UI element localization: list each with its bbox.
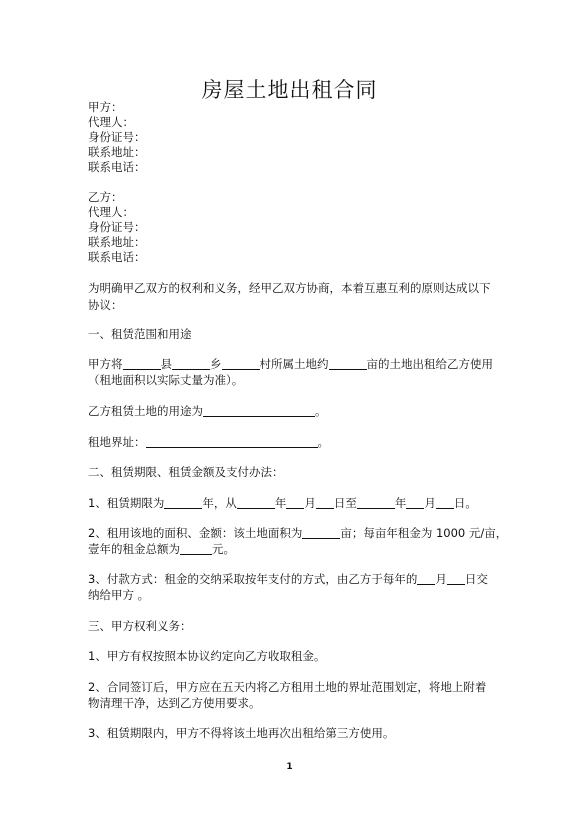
party-b-agent: 代理人： — [88, 205, 134, 220]
text: 3、付款方式：租金的交纳采取按年支付的方式，由乙方于每年的 — [88, 572, 417, 586]
preamble-line-1: 为明确甲乙双方的权利和义务，经甲乙双方协商，本着互惠互利的原则达成以下 — [88, 281, 491, 296]
section-1-para-1-line-2: （租地面积以实际丈量为准）。 — [88, 373, 243, 388]
land-area-blank[interactable] — [302, 526, 340, 539]
text: 。 — [318, 435, 330, 449]
end-day-blank[interactable] — [436, 496, 454, 509]
document-title: 房屋土地出租合同 — [0, 74, 579, 104]
boundary-blank[interactable] — [146, 435, 318, 448]
text: 壹年的租金总额为 — [88, 542, 180, 556]
section-1-para-1: 甲方将县乡村所属土地约亩的土地出租给乙方使用 — [88, 357, 493, 372]
section-2-heading: 二、租赁期限、租赁金额及支付办法： — [88, 465, 284, 480]
section-3-heading: 三、甲方权利义务： — [88, 619, 192, 634]
section-3-item-1: 1、甲方有权按照本协议约定向乙方收取租金。 — [88, 649, 325, 664]
party-a-address: 联系地址： — [88, 145, 146, 160]
section-1-para-3: 租地界址：。 — [88, 435, 329, 450]
text: 2、租用该地的面积、金额：该土地面积为 — [88, 526, 302, 540]
text: 1、租赁期限为 — [88, 496, 164, 510]
text: 年 — [275, 496, 287, 510]
text: 县 — [161, 357, 173, 371]
section-2-item-2: 2、租用该地的面积、金额：该土地面积为亩；每亩年租金为 1000 元/亩， — [88, 526, 507, 541]
text: 亩的土地出租给乙方使用 — [367, 357, 494, 371]
document-page: 房屋土地出租合同 甲方： 代理人： 身份证号： 联系地址： 联系电话： 乙方： … — [0, 0, 579, 819]
text: 甲方将 — [88, 357, 123, 371]
party-a-id: 身份证号： — [88, 130, 146, 145]
party-a-label: 甲方： — [88, 100, 123, 115]
section-3-item-2: 2、合同签订后，甲方应在五天内将乙方租用土地的界址范围划定，将地上附着 — [88, 680, 486, 695]
section-3-item-2-line-2: 物清理干净，达到乙方使用要求。 — [88, 696, 261, 711]
section-2-item-3-line-2: 纳给甲方 。 — [88, 588, 149, 603]
end-year-blank[interactable] — [357, 496, 395, 509]
total-rent-blank[interactable] — [180, 542, 212, 555]
party-a-phone: 联系电话： — [88, 160, 146, 175]
text: 月 — [435, 572, 447, 586]
start-month-blank[interactable] — [286, 496, 304, 509]
village-blank[interactable] — [222, 357, 260, 370]
text: 乡 — [210, 357, 222, 371]
text: 。 — [315, 404, 327, 418]
text: 日至 — [334, 496, 357, 510]
text: 日。 — [454, 496, 477, 510]
start-year-blank[interactable] — [237, 496, 275, 509]
party-b-address: 联系地址： — [88, 235, 146, 250]
section-3-item-3: 3、租赁期限内，甲方不得将该土地再次出租给第三方使用。 — [88, 726, 394, 741]
end-month-blank[interactable] — [406, 496, 424, 509]
area-blank[interactable] — [329, 357, 367, 370]
text: 租地界址： — [88, 435, 146, 449]
party-a-agent: 代理人： — [88, 115, 134, 130]
county-blank[interactable] — [123, 357, 161, 370]
party-b-label: 乙方： — [88, 190, 123, 205]
section-2-item-3: 3、付款方式：租金的交纳采取按年支付的方式，由乙方于每年的月日交 — [88, 572, 488, 587]
section-1-para-2: 乙方租赁土地的用途为。 — [88, 404, 327, 419]
text: 村所属土地约 — [260, 357, 329, 371]
text: 年，从 — [202, 496, 237, 510]
text: 亩；每亩年租金为 1000 元/亩， — [340, 526, 507, 540]
start-day-blank[interactable] — [316, 496, 334, 509]
text: 月 — [424, 496, 436, 510]
section-1-heading: 一、租赁范围和用途 — [88, 327, 192, 342]
term-years-blank[interactable] — [164, 496, 202, 509]
preamble-line-2: 协议： — [88, 298, 123, 313]
text: 乙方租赁土地的用途为 — [88, 404, 203, 418]
text: 年 — [395, 496, 407, 510]
page-number: 1 — [0, 762, 579, 772]
payment-day-blank[interactable] — [447, 572, 465, 585]
text: 月 — [304, 496, 316, 510]
land-use-blank[interactable] — [203, 404, 315, 417]
township-blank[interactable] — [172, 357, 210, 370]
text: 日交 — [465, 572, 488, 586]
party-b-phone: 联系电话： — [88, 250, 146, 265]
section-2-item-2-line-2: 壹年的租金总额为元。 — [88, 542, 235, 557]
text: 元。 — [212, 542, 235, 556]
payment-month-blank[interactable] — [417, 572, 435, 585]
party-b-id: 身份证号： — [88, 220, 146, 235]
section-2-item-1: 1、租赁期限为年，从年月日至年月日。 — [88, 496, 477, 511]
